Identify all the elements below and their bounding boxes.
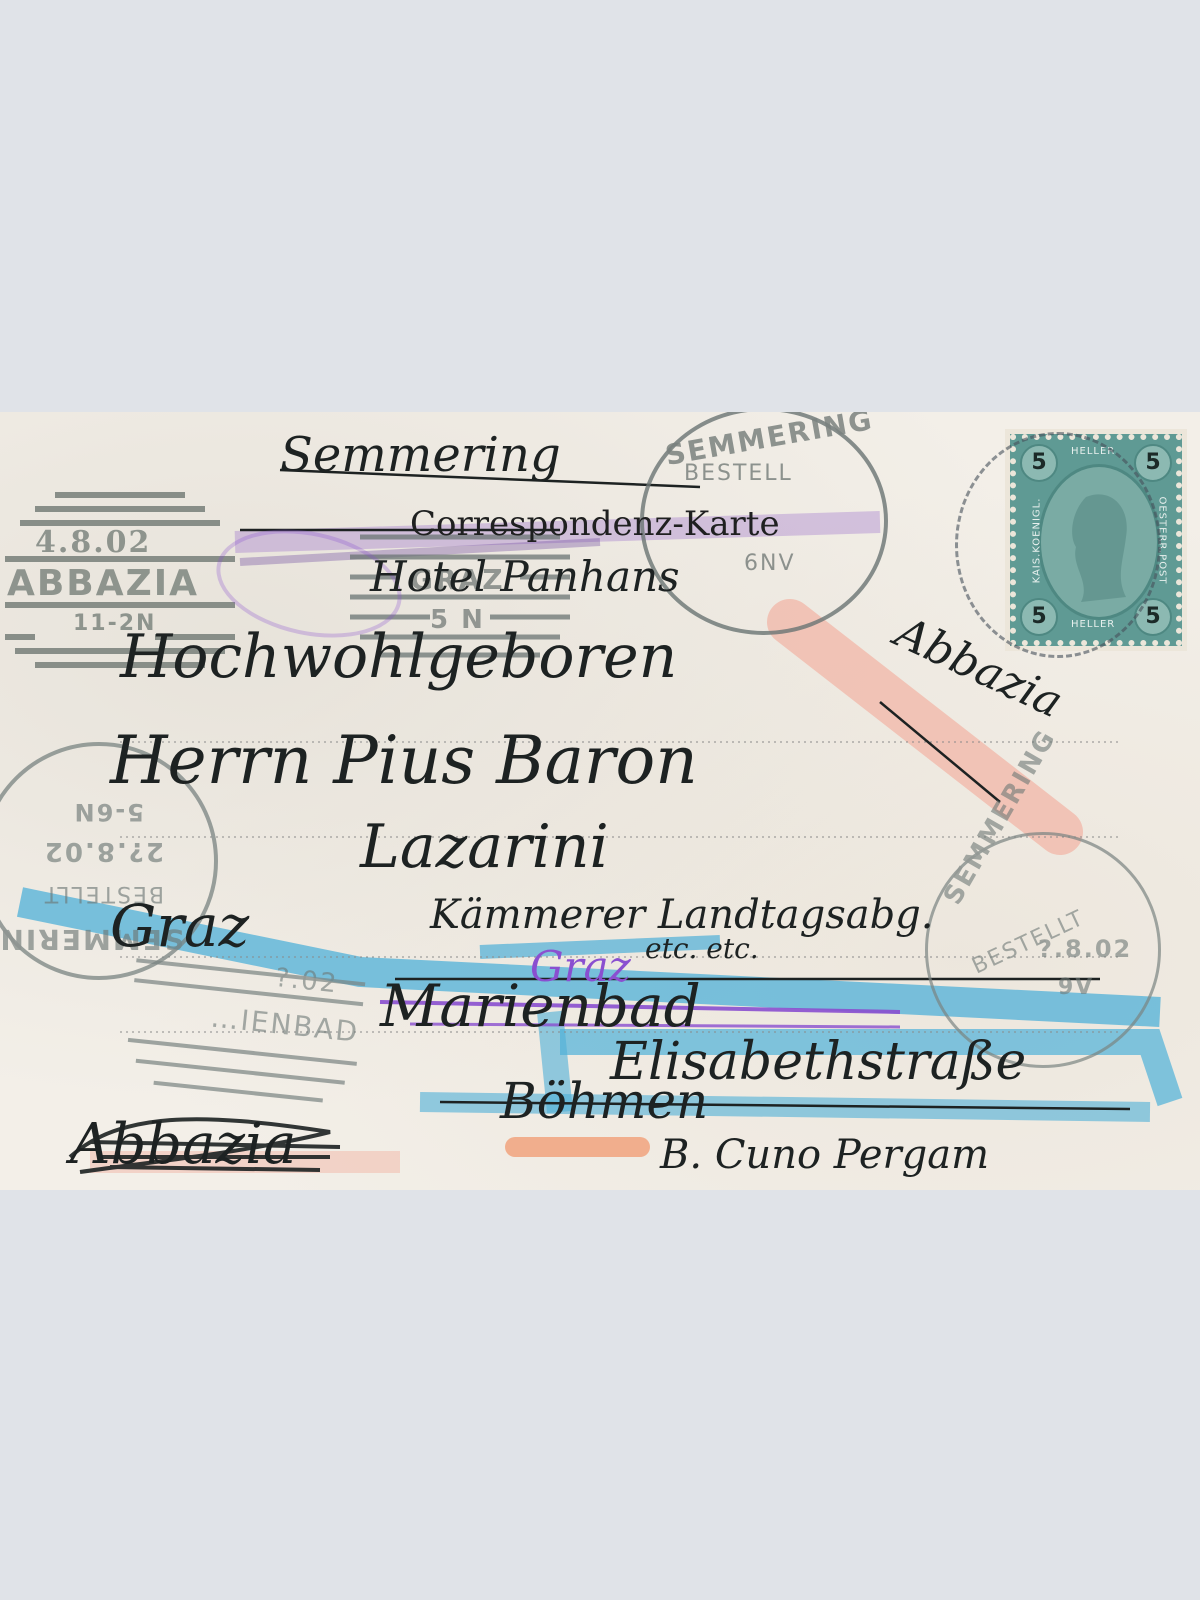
hw-crossed-marienbad: Marienbad [380,972,701,1040]
postmark-semmering-left-time: 5-6N [73,798,144,826]
hw-bottom-note: B. Cuno Pergam [660,1132,989,1178]
hw-surname: Lazarini [360,812,609,882]
postmark-marienbad: ?.02 …IENBAD [113,939,377,1114]
printed-header: Correspondenz-Karte [410,504,780,544]
hw-crossed-city-graz: Graz [110,892,249,960]
postcard: 4.8.02 ABBAZIA 11-2N GRAZ 5 N SEMMERING … [0,412,1200,1190]
postmark-semmering-top-sub: BESTELL [684,461,793,486]
hw-hotel-line: Hotel Panhans [370,552,680,601]
postmark-semmering-left-date: 2?.8.02 [43,836,164,866]
postmark-abbazia-date: 4.8.02 [35,525,151,560]
hw-etc: etc. etc. [645,932,759,965]
postmark-semmering-right-date: ?.8.02 [1038,935,1132,963]
stamp-cancel-postmark [955,432,1161,658]
hw-recipient: Herrn Pius Baron [110,722,698,799]
hw-crossed-abbazia: Abbazia [70,1112,296,1177]
postmark-semmering-top-time: 6NV [744,551,796,576]
hw-crossed-destination-semmering: Semmering [280,427,561,483]
postmark-semmering-right-time: 9V [1058,975,1094,1000]
hw-crossed-bohemia: Böhmen [500,1072,708,1130]
postmark-abbazia-place: ABBAZIA [7,563,199,604]
hw-salutation: Hochwohlgeboren [120,622,677,692]
postmark-marienbad-date: ?.02 [274,963,340,999]
